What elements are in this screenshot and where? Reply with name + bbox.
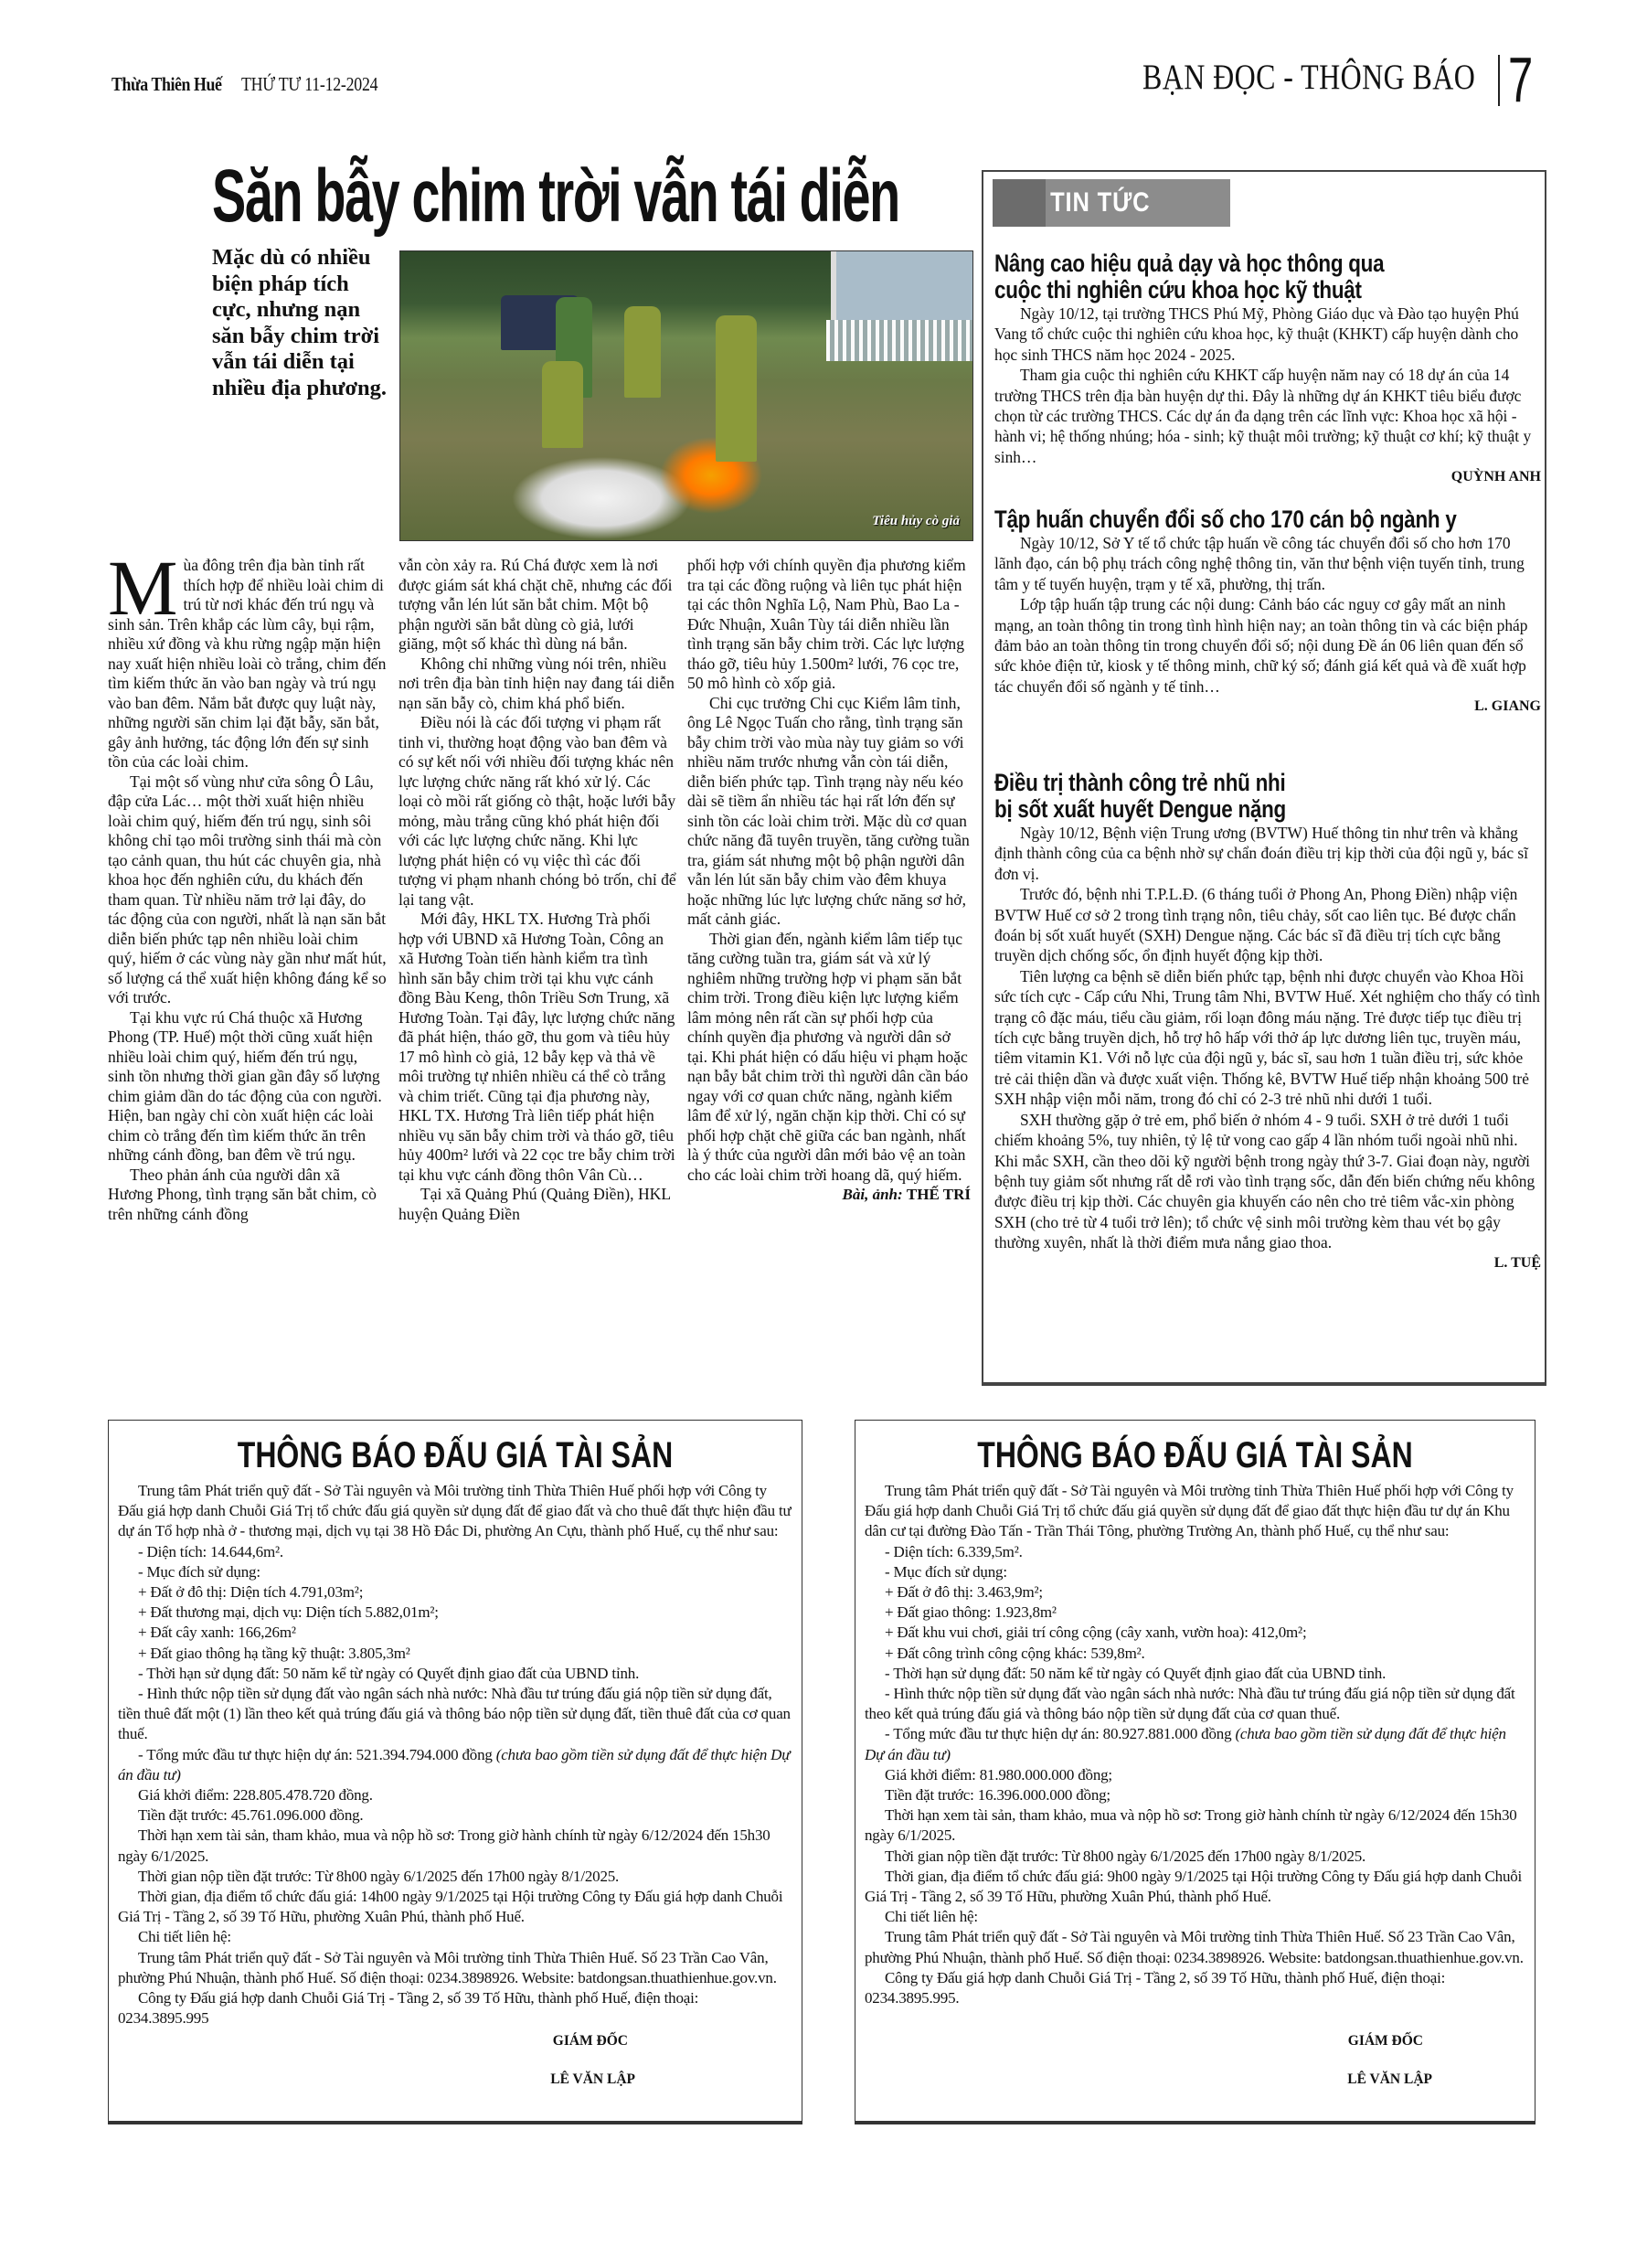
auction-line: Công ty Đấu giá hợp danh Chuỗi Giá Trị -… [118,1988,792,2028]
photo-railing [826,320,972,361]
auction-title: THÔNG BÁO ĐẤU GIÁ TÀI SẢN [186,1430,725,1481]
auction-line: Tiền đặt trước: 16.396.000.000 đồng; [865,1785,1525,1805]
auction-line: + Đất giao thông: 1.923,8m² [865,1603,1525,1623]
auction-line: - Thời hạn sử dụng đất: 50 năm kể từ ngà… [118,1664,792,1684]
news-box: TIN TỨC Nâng cao hiệu quả dạy và học thô… [982,170,1546,1386]
auction-line: Trung tâm Phát triển quỹ đất - Sở Tài ng… [865,1927,1525,1967]
news-photo: Tiêu hủy cò giả [399,250,973,541]
issue-date: THỨ TƯ 11-12-2024 [241,73,377,96]
auction-line: Thời gian, địa điểm tổ chức đấu giá: 14h… [118,1887,792,1927]
article-column-2: vẫn còn xảy ra. Rú Chá được xem là nơi đ… [398,556,677,1224]
auction-line: Giá khởi điểm: 228.805.478.720 đồng. [118,1785,792,1805]
auction-line: Thời gian nộp tiền đặt trước: Từ 8h00 ng… [118,1867,792,1887]
auction-line: Thời gian nộp tiền đặt trước: Từ 8h00 ng… [865,1847,1525,1867]
news-item: Điều trị thành công trẻ nhũ nhibị sốt xu… [994,770,1541,1273]
signatory-title: GIÁM ĐỐC [855,2033,1535,2050]
news-headline: Điều trị thành công trẻ nhũ nhibị sốt xu… [994,770,1448,823]
news-section-tag: TIN TỨC [993,179,1230,227]
article-column-3: phối hợp với chính quyền địa phương kiểm… [687,556,971,1205]
article-paragraph: vẫn còn xảy ra. Rú Chá được xem là nơi đ… [398,556,677,655]
article-sapo: Mặc dù có nhiều biện pháp tích cực, nhưn… [212,245,390,401]
article-paragraph: Thời gian đến, ngành kiểm lâm tiếp tục t… [687,930,971,1186]
auction-line: Tiền đặt trước: 45.761.096.000 đồng. [118,1805,792,1826]
signatory-name: LÊ VĂN LẬP [855,2071,1535,2088]
drop-cap: M [108,558,177,618]
auction-line: - Diện tích: 14.644,6m². [118,1542,792,1562]
news-body: Ngày 10/12, Bệnh viện Trung ương (BVTW) … [994,823,1541,1253]
auction-line: + Đất ở đô thị: Diện tích 4.791,03m²; [118,1582,792,1603]
news-body: Ngày 10/12, Sở Y tế tổ chức tập huấn về … [994,533,1541,697]
auction-body: Trung tâm Phát triển quỹ đất - Sở Tài ng… [118,1481,792,2028]
auction-line: - Hình thức nộp tiền sử dụng đất vào ngâ… [118,1684,792,1745]
article-paragraph: Chi cục trưởng Chi cục Kiểm lâm tỉnh, ôn… [687,694,971,930]
article-paragraph: Tại xã Quảng Phú (Quảng Điền), HKL huyện… [398,1185,677,1224]
auction-line: Thời gian, địa điểm tổ chức đấu giá: 9h0… [865,1867,1525,1907]
news-body: Ngày 10/12, tại trường THCS Phú Mỹ, Phòn… [994,303,1541,467]
news-item: Tập huấn chuyển đổi số cho 170 cán bộ ng… [994,506,1541,717]
auction-notice-1: THÔNG BÁO ĐẤU GIÁ TÀI SẢN Trung tâm Phát… [108,1420,802,2124]
auction-line: - Mục đích sử dụng: [118,1562,792,1582]
signatory-name: LÊ VĂN LẬP [109,2071,802,2088]
auction-line: Công ty Đấu giá hợp danh Chuỗi Giá Trị -… [865,1968,1525,2008]
article-paragraph: Tại khu vực rú Chá thuộc xã Hương Phong … [108,1008,387,1166]
auction-title: THÔNG BÁO ĐẤU GIÁ TÀI SẢN [930,1430,1459,1481]
article-paragraph: phối hợp với chính quyền địa phương kiểm… [687,556,971,694]
paper-name: Thừa Thiên Huế [112,73,222,96]
auction-line: Thời hạn xem tài sản, tham khảo, mua và … [118,1826,792,1866]
auction-line: + Đất khu vui chơi, giải trí công cộng (… [865,1623,1525,1643]
article-paragraph: Mùa đông trên địa bàn tỉnh rất thích hợp… [108,556,387,772]
auction-line: + Đất công trình công cộng khác: 539,8m²… [865,1644,1525,1664]
auction-line: Thời hạn xem tài sản, tham khảo, mua và … [865,1805,1525,1846]
masthead: Thừa Thiên Huế THỨ TƯ 11-12-2024 [112,73,401,96]
news-author: L. TUỆ [994,1253,1541,1273]
auction-line: Giá khởi điểm: 81.980.000.000 đồng; [865,1765,1525,1785]
photo-person [716,315,757,462]
auction-line: Trung tâm Phát triển quỹ đất - Sở Tài ng… [118,1481,792,1542]
news-author: QUỲNH ANH [994,467,1541,487]
news-author: L. GIANG [994,697,1541,717]
news-headline: Nâng cao hiệu quả dạy và học thông quacu… [994,250,1448,303]
auction-line: - Diện tích: 6.339,5m². [865,1542,1525,1562]
auction-line: - Mục đích sử dụng: [865,1562,1525,1582]
auction-line: + Đất thương mại, dịch vụ: Diện tích 5.8… [118,1603,792,1623]
auction-line: Trung tâm Phát triển quỹ đất - Sở Tài ng… [118,1948,792,1988]
photo-caption: Tiêu hủy cò giả [872,514,960,529]
article-paragraph: Mới đây, HKL TX. Hương Trà phối hợp với … [398,910,677,1185]
main-headline: Săn bẫy chim trời vẫn tái diễn [212,155,899,238]
auction-line: + Đất giao thông hạ tầng kỹ thuật: 3.805… [118,1644,792,1664]
auction-notice-2: THÔNG BÁO ĐẤU GIÁ TÀI SẢN Trung tâm Phát… [855,1420,1535,2124]
auction-line: - Tổng mức đầu tư thực hiện dự án: 521.3… [118,1745,792,1785]
auction-line: + Đất ở đô thị: 3.463,9m²; [865,1582,1525,1603]
auction-line: Chi tiết liên hệ: [865,1907,1525,1927]
auction-line: - Thời hạn sử dụng đất: 50 năm kể từ ngà… [865,1664,1525,1684]
auction-line: + Đất cây xanh: 166,26m² [118,1623,792,1643]
auction-line: - Tổng mức đầu tư thực hiện dự án: 80.92… [865,1724,1525,1764]
header-divider [1498,55,1500,106]
article-column-1: Mùa đông trên địa bàn tỉnh rất thích hợp… [108,556,387,1224]
photo-person [542,361,583,448]
auction-body: Trung tâm Phát triển quỹ đất - Sở Tài ng… [865,1481,1525,2008]
auction-line: Trung tâm Phát triển quỹ đất - Sở Tài ng… [865,1481,1525,1542]
news-headline: Tập huấn chuyển đổi số cho 170 cán bộ ng… [994,506,1448,533]
photo-person [624,306,661,398]
auction-line: Chi tiết liên hệ: [118,1927,792,1947]
auction-line: - Hình thức nộp tiền sử dụng đất vào ngâ… [865,1684,1525,1724]
article-byline: Bài, ảnh: THẾ TRÍ [687,1185,971,1205]
news-item: Nâng cao hiệu quả dạy và học thông quacu… [994,250,1541,487]
signatory-title: GIÁM ĐỐC [109,2033,802,2050]
article-paragraph: Tại một số vùng như cửa sông Ô Lâu, đập … [108,772,387,1008]
page-number: 7 [1508,48,1533,112]
article-paragraph: Theo phản ánh của người dân xã Hương Pho… [108,1166,387,1225]
article-paragraph: Điều nói là các đối tượng vi phạm rất ti… [398,713,677,910]
section-title: BẠN ĐỌC - THÔNG BÁO [1142,57,1475,98]
article-paragraph: Không chỉ những vùng nói trên, nhiều nơi… [398,655,677,714]
